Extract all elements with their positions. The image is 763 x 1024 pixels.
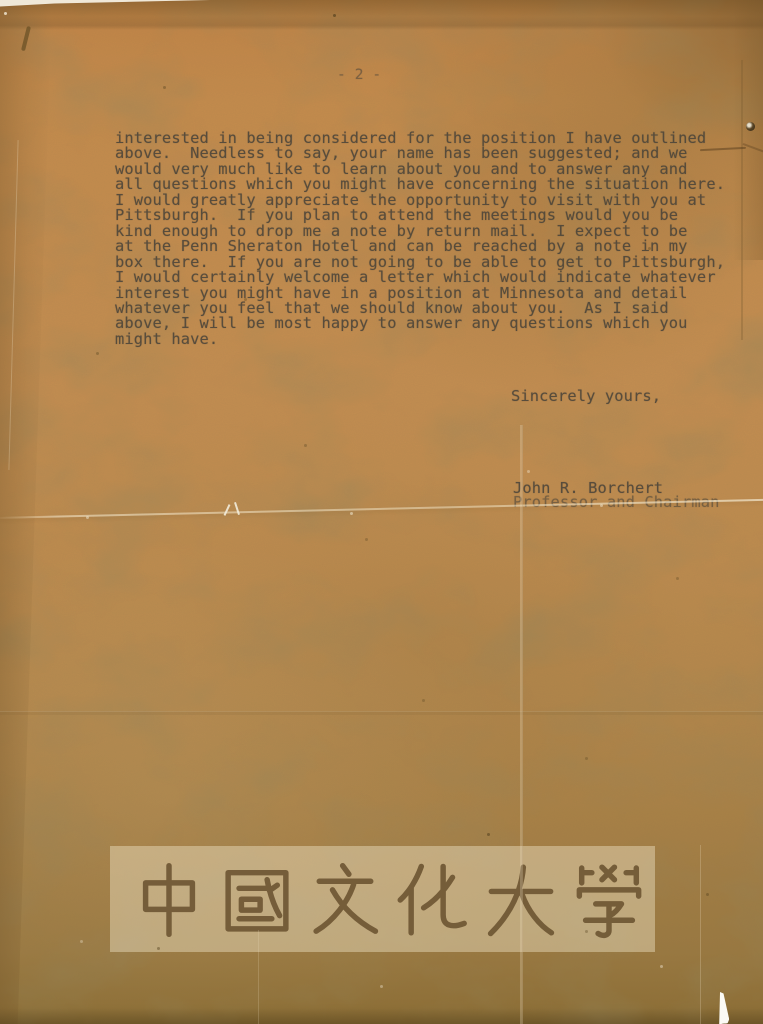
- light-specks: [0, 0, 3, 3]
- watermark-character-wen: [306, 858, 384, 942]
- horizontal-faint-crease: [0, 711, 763, 715]
- bottom-edge-shadow: [0, 1008, 763, 1024]
- vertical-crease-left: [258, 930, 259, 1024]
- top-fold-shadow: [0, 0, 763, 30]
- scanned-letter-page: - 2 - interested in being considered for…: [0, 0, 763, 1024]
- watermark-character-xue: [570, 858, 648, 942]
- right-fold-crease: [741, 60, 743, 340]
- closing-line: Sincerely yours,: [511, 389, 661, 404]
- watermark-band: [110, 846, 655, 952]
- watermark-character-zhong: [130, 858, 208, 942]
- vertical-crease-center: [520, 425, 523, 1024]
- vertical-crease-right: [700, 845, 701, 1024]
- letter-body: interested in being considered for the p…: [115, 131, 725, 347]
- pin-hole: [746, 122, 755, 131]
- watermark-character-hua: [394, 858, 472, 942]
- watermark-character-guo: [218, 858, 296, 942]
- page-number: - 2 -: [337, 68, 381, 83]
